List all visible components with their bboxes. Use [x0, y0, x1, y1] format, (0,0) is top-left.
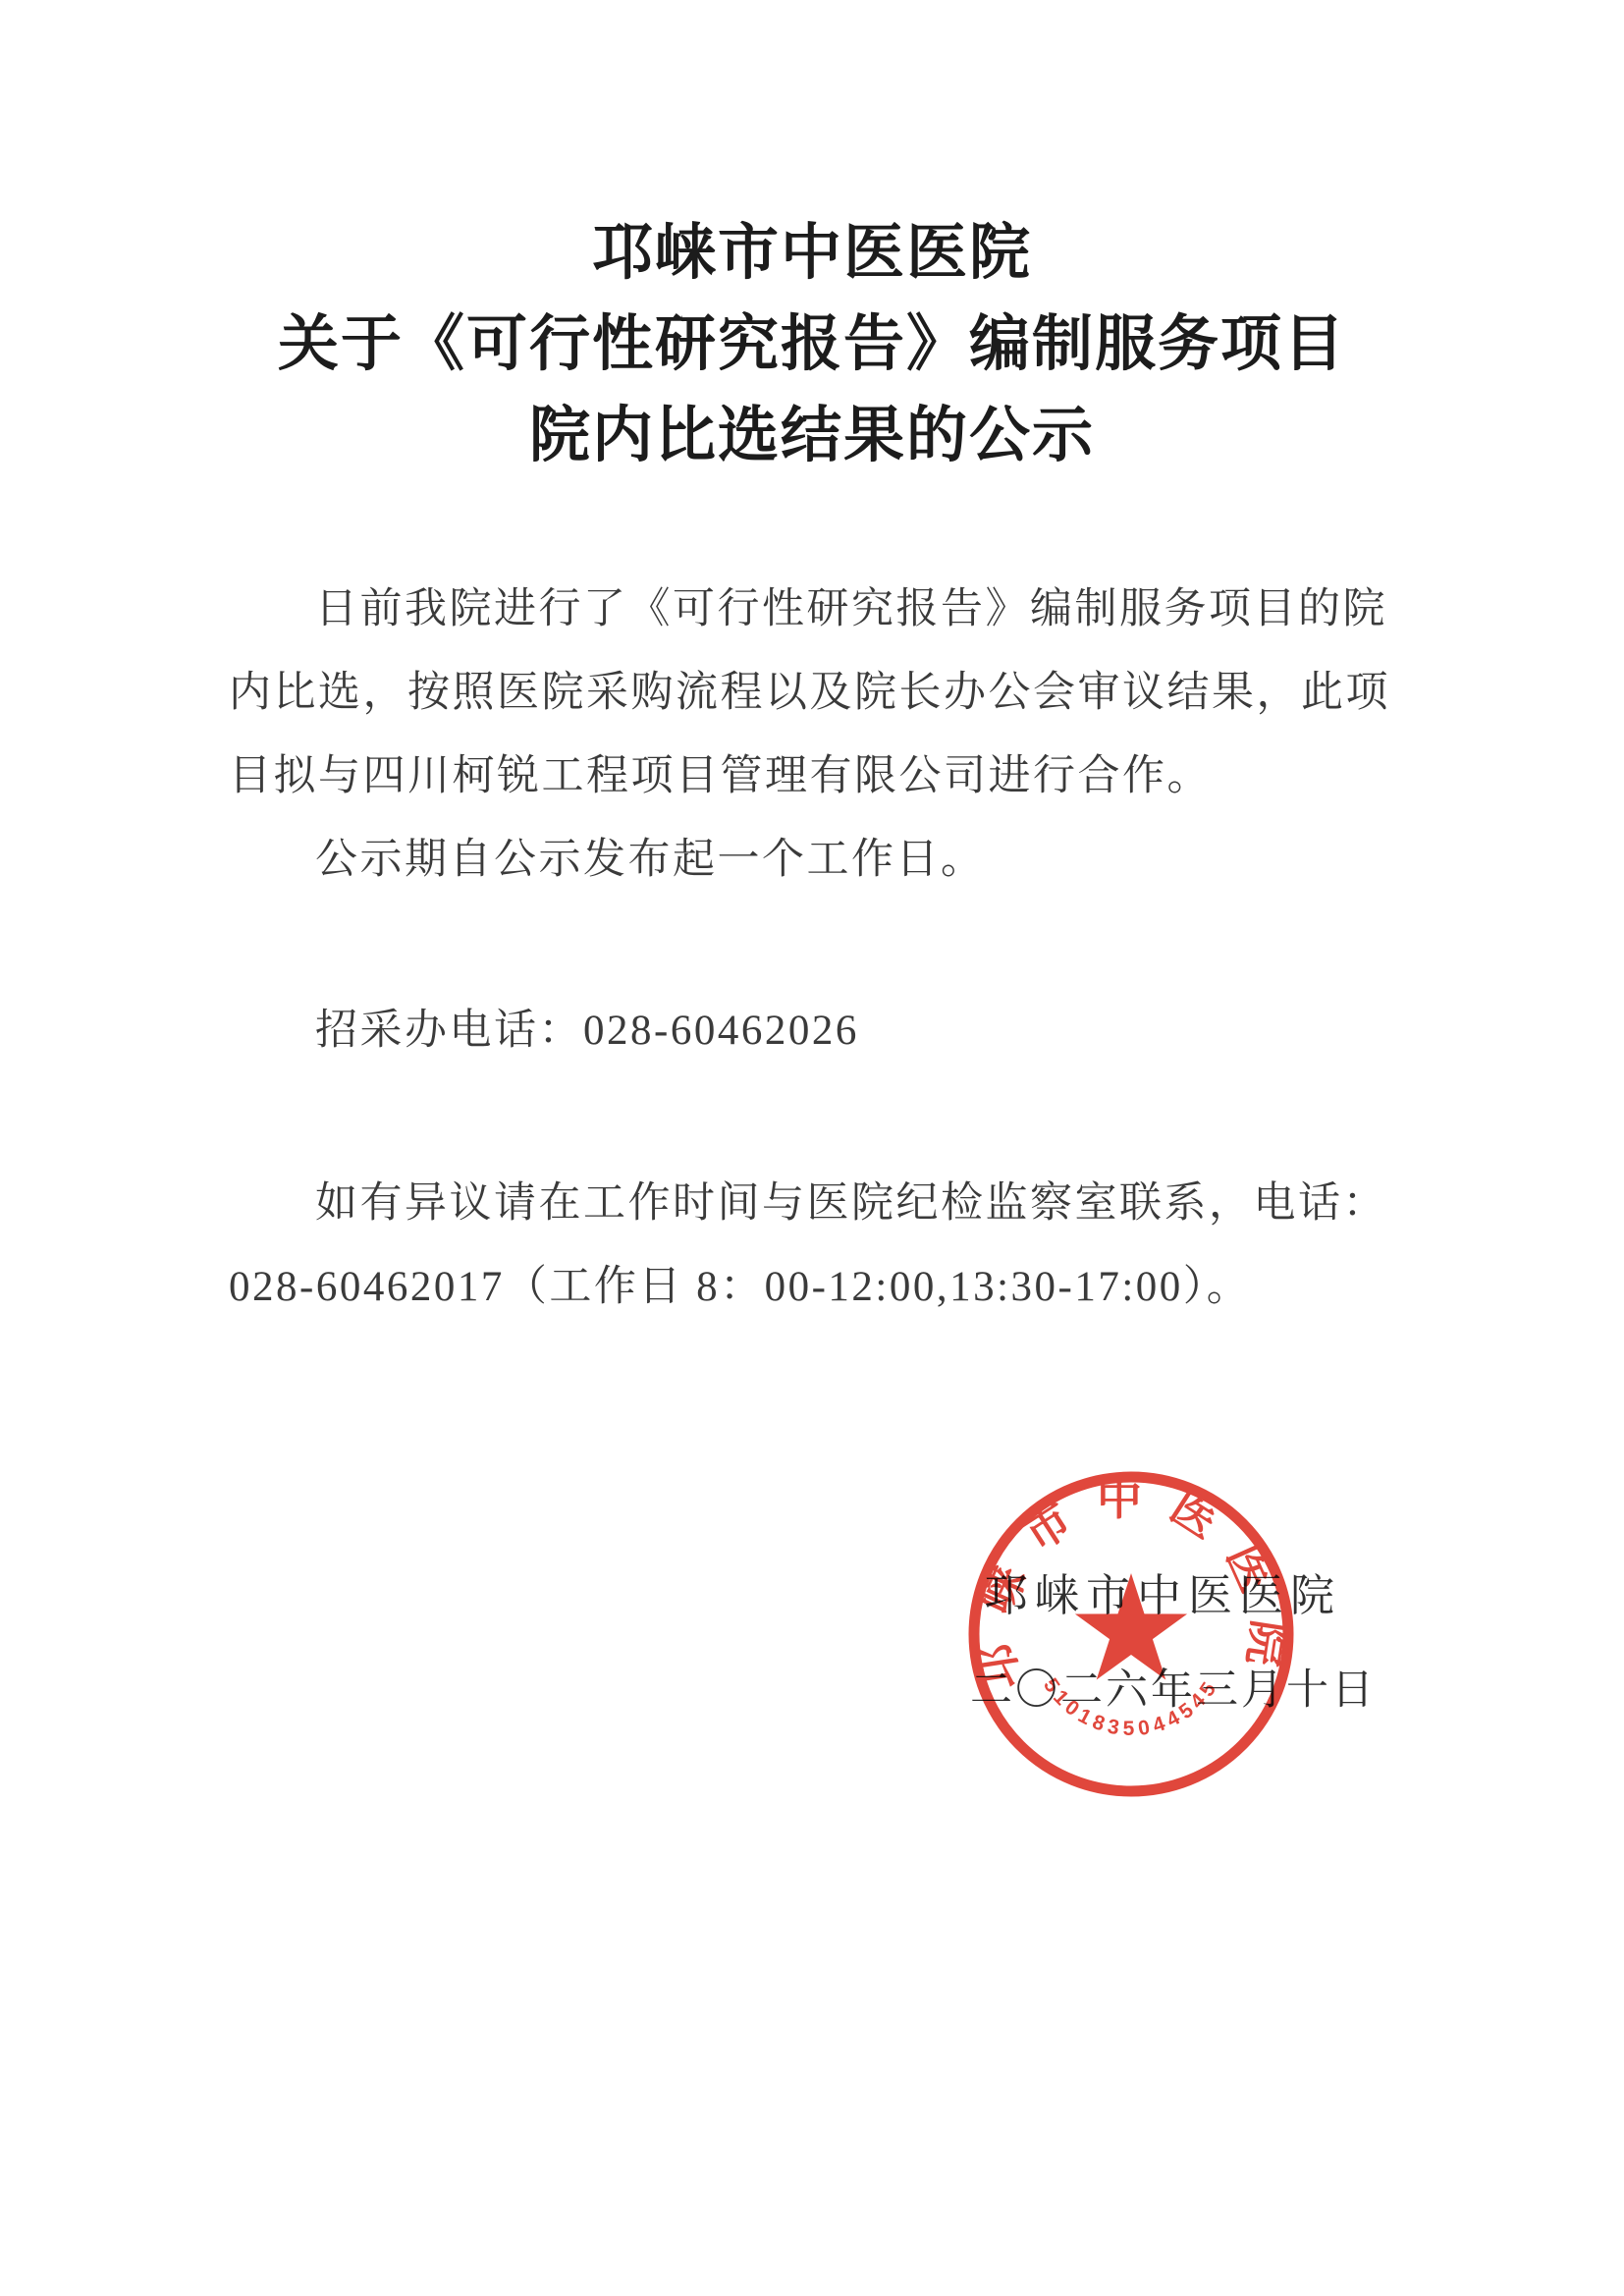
paragraph-line: 公示期自公示发布起一个工作日。 — [229, 818, 1407, 902]
body-paragraph-procurement-phone: 招采办电话：028-60462026 — [229, 989, 1407, 1072]
paragraph-line: 日前我院进行了《可行性研究报告》编制服务项目的院 — [229, 568, 1407, 651]
body-paragraph-selection-result: 日前我院进行了《可行性研究报告》编制服务项目的院 内比选，按照医院采购流程以及院… — [229, 568, 1407, 818]
paragraph-line: 招采办电话：028-60462026 — [229, 989, 1407, 1072]
body-paragraph-publicity-period: 公示期自公示发布起一个工作日。 — [229, 818, 1407, 902]
document-body: 日前我院进行了《可行性研究报告》编制服务项目的院 内比选，按照医院采购流程以及院… — [229, 568, 1407, 1329]
paragraph-line: 028-60462017（工作日 8：00-12:00,13:30-17:00）… — [229, 1245, 1407, 1329]
body-paragraph-objection-contact: 如有异议请在工作时间与医院纪检监察室联系，电话： 028-60462017（工作… — [229, 1162, 1407, 1329]
title-line-2: 关于《可行性研究报告》编制服务项目 — [0, 300, 1624, 391]
title-line-3: 院内比选结果的公示 — [0, 391, 1624, 482]
paragraph-line: 内比选，按照医院采购流程以及院长办公会审议结果，此项 — [229, 651, 1407, 735]
seal-serial-number: 5101835044545 — [1039, 1674, 1223, 1740]
star-icon — [1075, 1573, 1187, 1680]
document-title: 邛崃市中医医院 关于《可行性研究报告》编制服务项目 院内比选结果的公示 — [0, 208, 1624, 482]
hospital-seal-stamp: 邛崃市中医医院 5101835044545 — [962, 1465, 1300, 1803]
paragraph-line: 如有异议请在工作时间与医院纪检监察室联系，电话： — [229, 1162, 1407, 1245]
title-line-1: 邛崃市中医医院 — [0, 208, 1624, 300]
document-page: 邛崃市中医医院 关于《可行性研究报告》编制服务项目 院内比选结果的公示 日前我院… — [0, 0, 1624, 2296]
paragraph-line: 目拟与四川柯锐工程项目管理有限公司进行合作。 — [229, 735, 1407, 818]
